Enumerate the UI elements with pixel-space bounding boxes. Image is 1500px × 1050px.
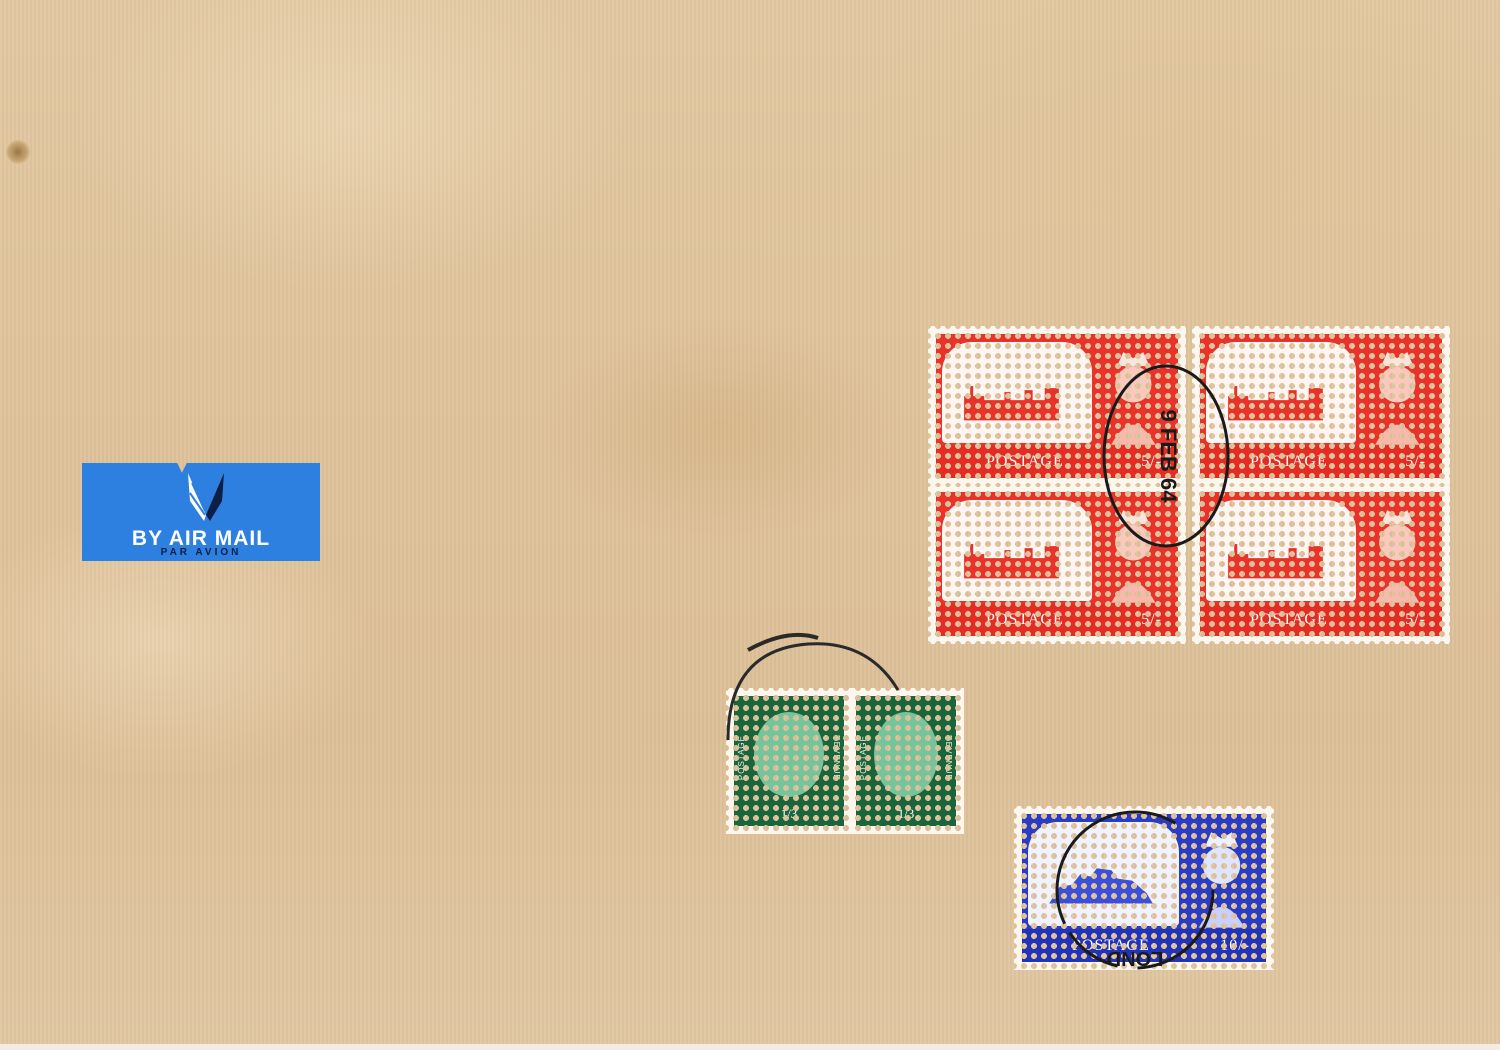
stamp-5s-2: POSTAGE5/- (1192, 326, 1450, 486)
stamp-side-text: REVENUE (944, 735, 953, 781)
stamp-label: POSTAGE (1072, 937, 1150, 955)
stamp-side-text: POSTAGE (737, 735, 746, 780)
stamp-5s-3: POSTAGE5/- (928, 484, 1186, 644)
stamp-1s3d-2: POSTAGE REVENUE 1/3 (848, 688, 964, 834)
stamp-value: 10/- (1220, 937, 1250, 955)
stamp-side-text: POSTAGE (859, 735, 868, 780)
queen-portrait (754, 712, 824, 798)
envelope: BY AIR MAIL PAR AVION POSTAGE5/- POSTAGE… (0, 0, 1500, 1050)
stamp-value: 5/- (1405, 453, 1426, 471)
envelope-edge (0, 1044, 1500, 1050)
stamp-10s: POSTAGE10/- (1014, 806, 1274, 970)
stamp-5s-4: POSTAGE5/- (1192, 484, 1450, 644)
airmail-sub-text: PAR AVION (82, 547, 320, 558)
wings-icon (186, 471, 226, 523)
stamp-5s-1: POSTAGE5/- (928, 326, 1186, 486)
paper-stain (6, 140, 30, 164)
stamp-value: 5/- (1405, 611, 1426, 629)
stamp-side-text: REVENUE (832, 735, 841, 781)
stamp-value: 1/3 (734, 806, 844, 822)
stamp-label: POSTAGE (1250, 611, 1328, 629)
stamp-1s3d-1: POSTAGE REVENUE 1/3 (726, 688, 852, 834)
stamp-label: POSTAGE (986, 611, 1064, 629)
stamp-value: 1/3 (856, 806, 956, 822)
stamp-label: POSTAGE (986, 453, 1064, 471)
stamp-value: 5/- (1141, 611, 1162, 629)
queen-portrait (874, 712, 938, 798)
stamp-label: POSTAGE (1250, 453, 1328, 471)
airmail-label: BY AIR MAIL PAR AVION (82, 463, 320, 561)
stamp-value: 5/- (1141, 453, 1162, 471)
